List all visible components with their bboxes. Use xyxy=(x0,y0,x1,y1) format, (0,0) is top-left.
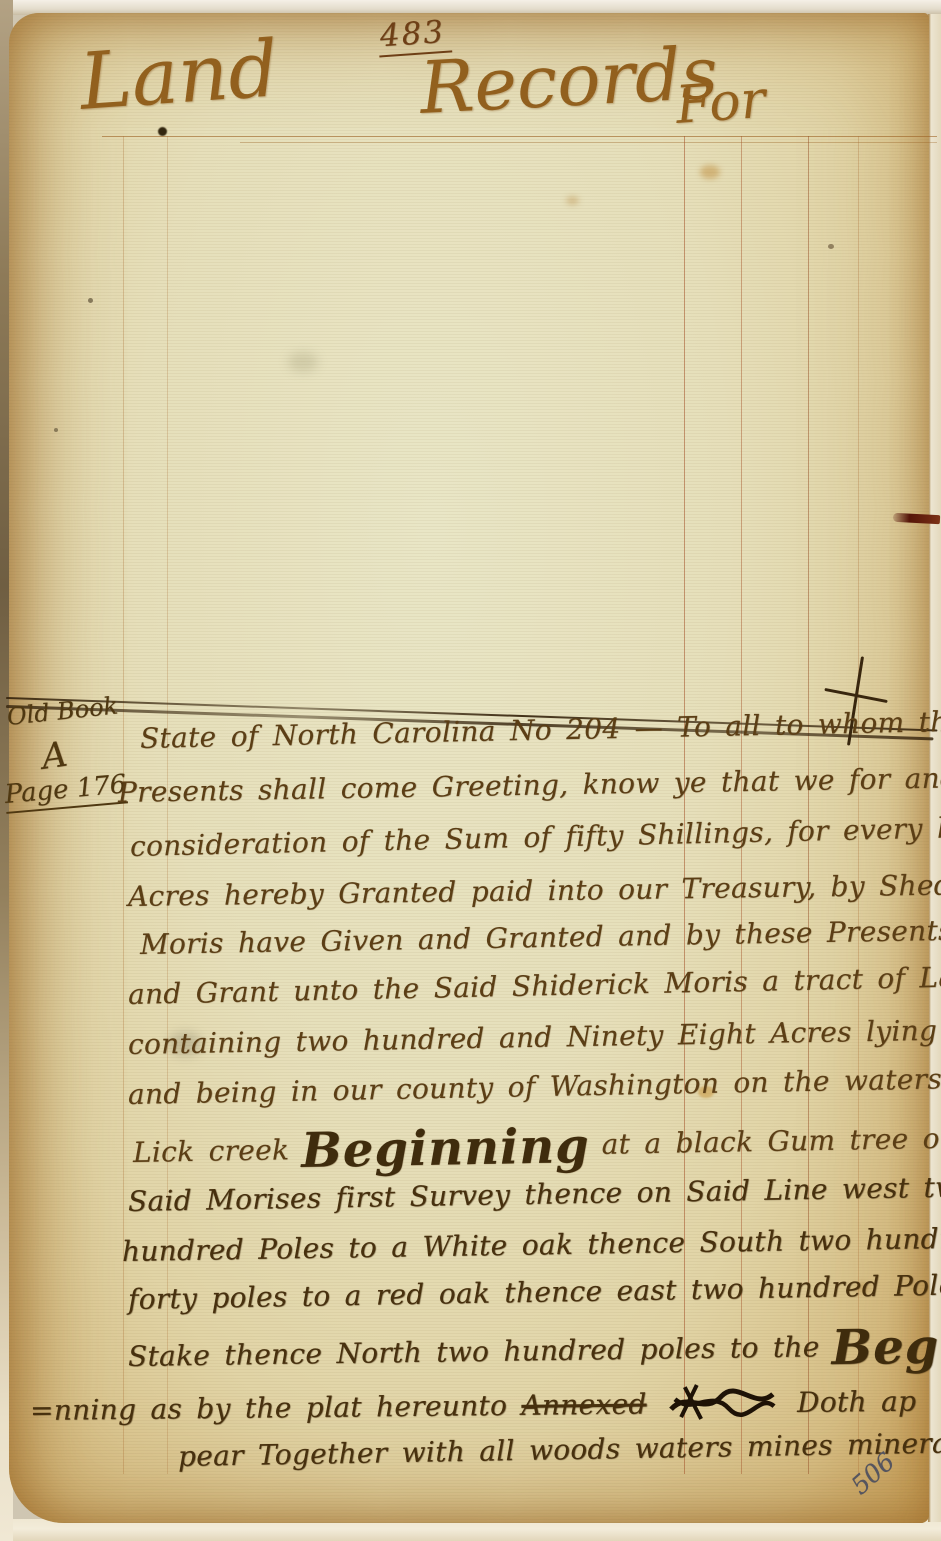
scanned-book-page: { "document": { "folio_number": "483", "… xyxy=(0,0,941,1541)
ink-blot xyxy=(158,127,167,136)
scribbled-out-word-icon xyxy=(667,1380,777,1423)
header-rule-line xyxy=(102,136,937,137)
title-word-land: Land xyxy=(77,24,281,128)
header-rule-line-2 xyxy=(240,142,937,143)
margin-note-book-letter: A xyxy=(39,735,70,778)
annexed-struck-word: Annexed xyxy=(521,1388,647,1422)
begin-word: Begin= xyxy=(831,1317,941,1376)
body-line-9-post: at a black Gum tree on xyxy=(601,1122,941,1161)
stain-spot xyxy=(54,428,58,432)
body-line-14-post: Doth ap xyxy=(797,1385,917,1419)
beginning-word: Beginning xyxy=(301,1118,590,1179)
stain-smudge xyxy=(288,352,318,372)
stain-spot xyxy=(828,244,834,249)
stain-spot xyxy=(700,165,720,179)
body-line-14-pre: =nning as by the plat hereunto xyxy=(30,1389,507,1427)
body-line-9-pre: Lick creek xyxy=(133,1133,290,1169)
title-word-for: For xyxy=(674,70,767,136)
stain-spot xyxy=(566,196,579,205)
body-line-13-pre: Stake thence North two hundred poles to … xyxy=(128,1330,820,1373)
body-line-13: Stake thence North two hundred poles to … xyxy=(128,1317,941,1386)
stain-spot xyxy=(88,298,93,303)
